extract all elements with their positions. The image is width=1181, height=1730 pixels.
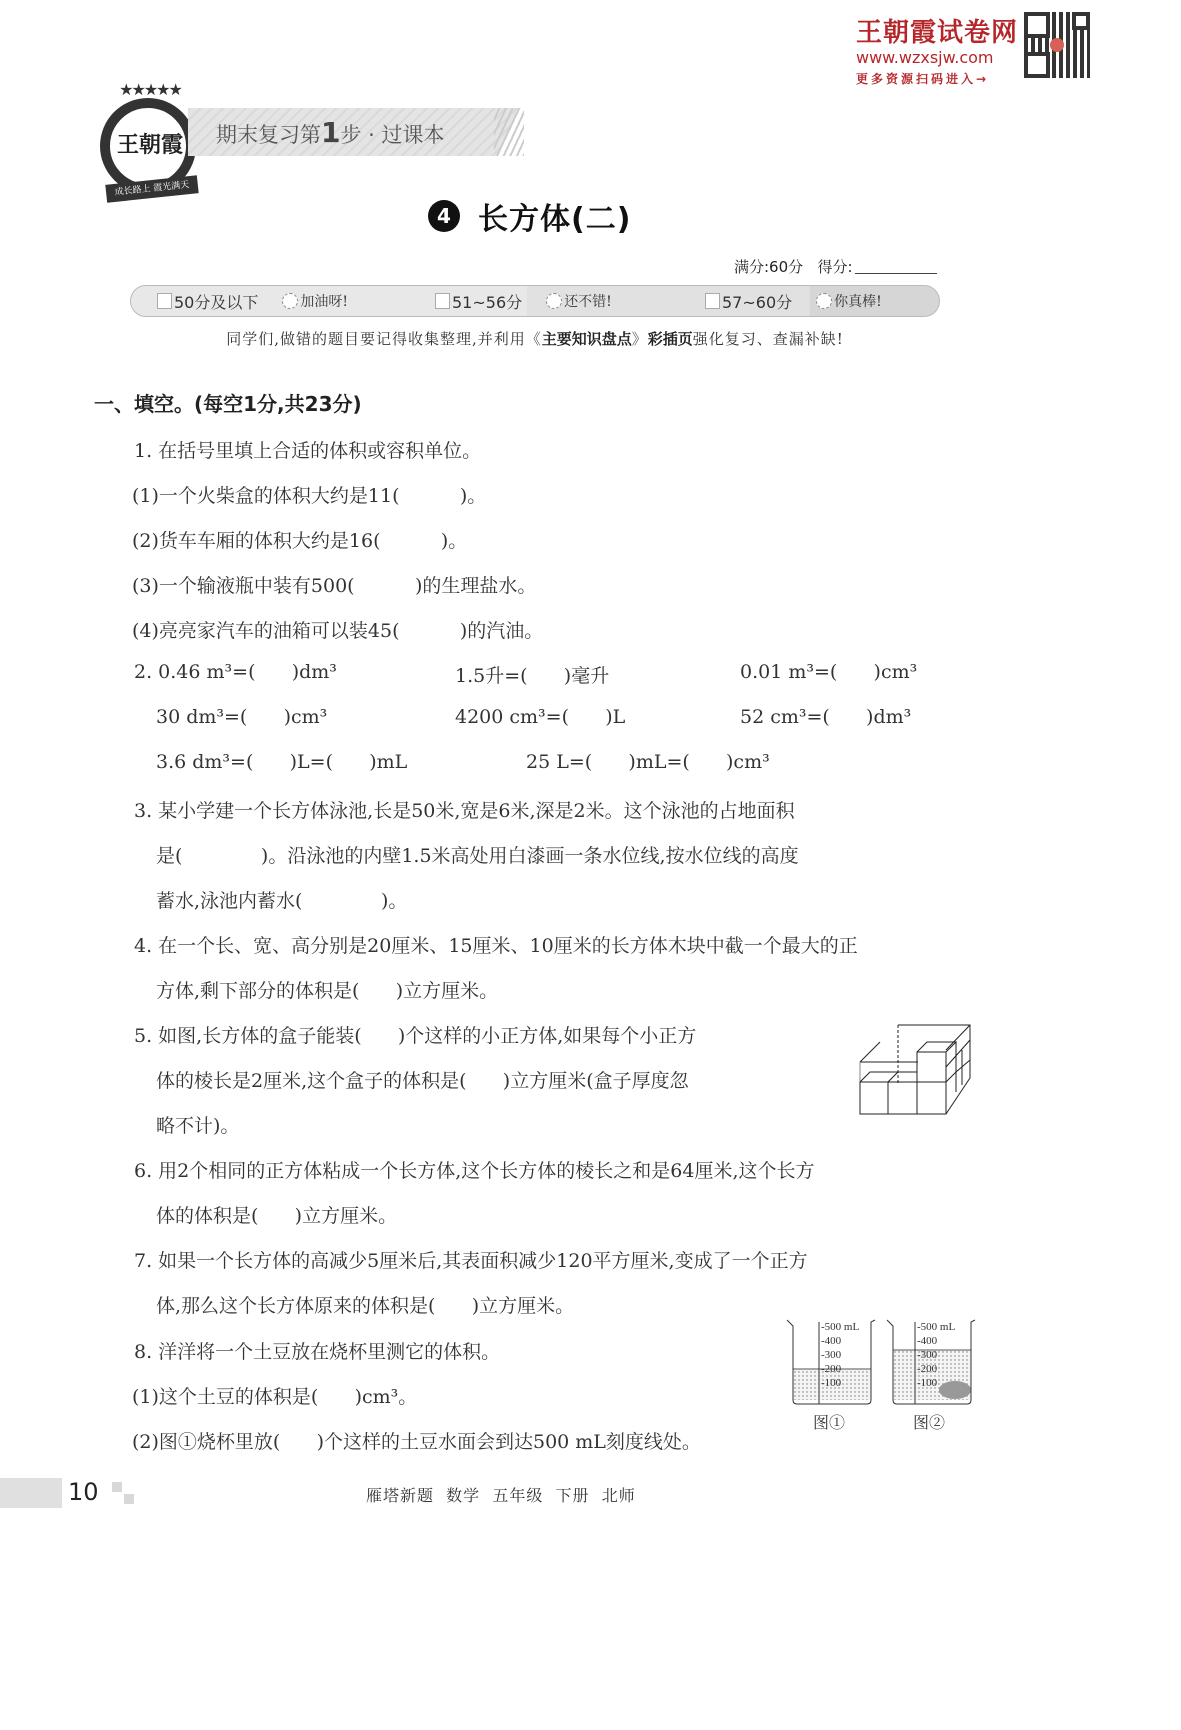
- svg-text:-100: -100: [821, 1377, 842, 1389]
- checkbox[interactable]: [705, 293, 720, 309]
- unit-number-icon: 4: [428, 200, 460, 232]
- beaker-figures: -500 mL-400-300-200-100 -500 mL-400-300-…: [785, 1318, 980, 1438]
- potato-icon: [939, 1381, 971, 1399]
- question-4-line: 4. 在一个长、宽、高分别是20厘米、15厘米、10厘米的长方体木块中截一个最大…: [134, 931, 858, 958]
- beaker-icon: -500 mL-400-300-200-100 -500 mL-400-300-…: [785, 1318, 980, 1414]
- study-tip: 同学们,做错的题目要记得收集整理,并利用《主要知识盘点》彩插页强化复习、查漏补缺…: [0, 328, 1070, 349]
- question-8-item: (1)这个土豆的体积是( )cm³。: [132, 1382, 417, 1409]
- smile-face-icon: [546, 293, 562, 309]
- cheer-face-icon: [282, 293, 298, 309]
- banner-text: 期末复习第1步 · 过课本: [216, 116, 445, 149]
- cuboid-box-figure: [858, 1020, 978, 1120]
- question-4-line: 方体,剩下部分的体积是( )立方厘米。: [156, 976, 498, 1003]
- svg-text:-400: -400: [917, 1335, 938, 1347]
- rating-item: 50分及以下 加油呀!: [157, 286, 348, 316]
- happy-face-icon: [816, 293, 832, 309]
- question-7-line: 体,那么这个长方体原来的体积是( )立方厘米。: [156, 1291, 574, 1318]
- full-score: 满分:60分: [734, 258, 803, 276]
- svg-text:-500 mL: -500 mL: [917, 1321, 955, 1333]
- svg-text:-300: -300: [821, 1349, 842, 1361]
- rating-bar: 50分及以下 加油呀! 51~56分 还不错! 57~60分 你真棒!: [130, 285, 940, 317]
- question-2-item: 4200 cm³=( )L: [455, 706, 625, 728]
- question-5-line: 5. 如图,长方体的盒子能装( )个这样的小正方体,如果每个小正方: [134, 1021, 696, 1048]
- question-2-item: 52 cm³=( )dm³: [740, 706, 911, 728]
- question-6-line: 体的体积是( )立方厘米。: [156, 1201, 397, 1228]
- question-1-item: (4)亮亮家汽车的油箱可以装45( )的汽油。: [132, 616, 543, 643]
- brand-logo: ★★★★★ 王朝霞 成长路上 霞光满天: [100, 80, 200, 200]
- question-8-item: (2)图①烧杯里放( )个这样的土豆水面会到达500 mL刻度线处。: [132, 1427, 701, 1454]
- question-2-item: 30 dm³=( )cm³: [156, 706, 327, 728]
- rating-item: 57~60分 你真棒!: [705, 286, 882, 316]
- figure-2-label: 图②: [913, 1410, 945, 1433]
- question-1-item: (1)一个火柴盒的体积大约是11( )。: [132, 481, 486, 508]
- site-ad[interactable]: 王朝霞试卷网 www.wzxsjw.com 更多资源扫码进入→: [856, 12, 1156, 82]
- stars-icon: ★★★★★: [108, 80, 192, 99]
- svg-text:-200: -200: [917, 1363, 938, 1375]
- svg-text:-200: -200: [821, 1363, 842, 1375]
- score-info: 满分:60分 得分:: [734, 256, 937, 277]
- rating-item: 51~56分 还不错!: [435, 286, 612, 316]
- question-1-item: (3)一个输液瓶中装有500( )的生理盐水。: [132, 571, 536, 598]
- question-5-line: 体的棱长是2厘米,这个盒子的体积是( )立方厘米(盒子厚度忽: [156, 1066, 689, 1093]
- question-3-line: 蓄水,泳池内蓄水( )。: [156, 886, 407, 913]
- book-info: 雁塔新题 数学 五年级 下册 北师: [366, 1483, 636, 1506]
- svg-text:-500 mL: -500 mL: [821, 1321, 859, 1333]
- ad-title: 王朝霞试卷网: [856, 12, 1018, 49]
- question-7-line: 7. 如果一个长方体的高减少5厘米后,其表面积减少120平方厘米,变成了一个正方: [134, 1246, 808, 1273]
- question-2-item: 3.6 dm³=( )L=( )mL: [156, 751, 407, 773]
- question-5-line: 略不计)。: [156, 1111, 239, 1138]
- svg-text:-400: -400: [821, 1335, 842, 1347]
- footer-bar: [0, 1478, 62, 1508]
- question-2-item: 0.01 m³=( )cm³: [740, 661, 917, 683]
- ad-more-text: 更多资源扫码进入→: [856, 70, 989, 87]
- footer-decoration: [112, 1482, 122, 1492]
- page-number: 10: [68, 1478, 99, 1506]
- score-label: 得分:: [817, 258, 852, 276]
- ad-url[interactable]: www.wzxsjw.com: [856, 48, 993, 67]
- logo-name: 王朝霞: [112, 128, 188, 159]
- question-1-item: (2)货车车厢的体积大约是16( )。: [132, 526, 467, 553]
- score-blank[interactable]: [855, 260, 937, 274]
- figure-1-label: 图①: [813, 1410, 845, 1433]
- question-1-stem: 1. 在括号里填上合适的体积或容积单位。: [134, 436, 481, 463]
- question-6-line: 6. 用2个相同的正方体粘成一个长方体,这个长方体的棱长之和是64厘米,这个长方: [134, 1156, 815, 1183]
- checkbox[interactable]: [157, 293, 172, 309]
- footer-decoration: [124, 1494, 134, 1504]
- question-2-item: 1.5升=( )毫升: [455, 661, 609, 688]
- checkbox[interactable]: [435, 293, 450, 309]
- banner-stripes: [494, 108, 524, 156]
- svg-text:-300: -300: [917, 1349, 938, 1361]
- page-title: 4 长方体(二): [428, 196, 758, 236]
- question-2-item: 2. 0.46 m³=( )dm³: [134, 661, 337, 683]
- review-banner: 期末复习第1步 · 过课本: [188, 108, 518, 156]
- question-3-line: 是( )。沿泳池的内壁1.5米高处用白漆画一条水位线,按水位线的高度: [156, 841, 799, 868]
- question-2-item: 25 L=( )mL=( )cm³: [526, 751, 770, 773]
- title-text: 长方体(二): [478, 194, 631, 238]
- svg-text:-100: -100: [917, 1377, 938, 1389]
- qr-code-icon[interactable]: [1024, 12, 1090, 78]
- question-3-line: 3. 某小学建一个长方体泳池,长是50米,宽是6米,深是2米。这个泳池的占地面积: [134, 796, 795, 823]
- question-8-stem: 8. 洋洋将一个土豆放在烧杯里测它的体积。: [134, 1337, 500, 1364]
- section-heading: 一、填空。(每空1分,共23分): [94, 388, 362, 417]
